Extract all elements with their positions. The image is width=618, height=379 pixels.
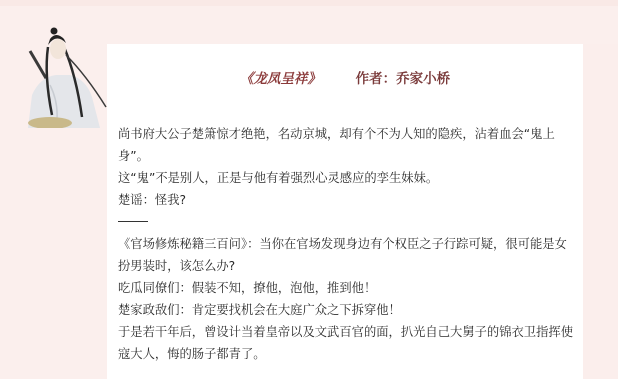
paragraph: 楚谣：怪我? (118, 189, 578, 211)
content-panel: 《龙凤呈祥》 作者：乔家小桥 尚书府大公子楚箫惊才绝艳，名动京城，却有个不为人知… (107, 44, 583, 379)
paragraph: 尚书府大公子楚箫惊才绝艳，名动京城，却有个不为人知的隐疾，沾着血会“鬼上身”。 (118, 123, 578, 167)
divider (118, 221, 148, 222)
avatar (20, 25, 108, 128)
paragraph: 吃瓜同僚们：假装不知，撩他，泡他，推到他！ (118, 277, 578, 299)
paragraph: 《官场修炼秘籍三百问》：当你在官场发现身边有个权臣之子行踪可疑，很可能是女扮男装… (118, 233, 578, 277)
paragraph: 于是若干年后，曾设计当着皇帝以及文武百官的面，扒光自己大舅子的锦衣卫指挥使寇大人… (118, 321, 578, 365)
paragraph: 这“鬼”不是别人，正是与他有着强烈心灵感应的孪生妹妹。 (118, 167, 578, 189)
right-margin (583, 44, 618, 379)
paragraph: 楚家政敌们：肯定要找机会在大庭广众之下拆穿他！ (118, 299, 578, 321)
title-row: 《龙凤呈祥》 作者：乔家小桥 (107, 67, 583, 87)
book-title: 《龙凤呈祥》 (240, 71, 321, 87)
author-label: 作者：乔家小桥 (356, 71, 451, 87)
synopsis: 尚书府大公子楚箫惊才绝艳，名动京城，却有个不为人知的隐疾，沾着血会“鬼上身”。 … (118, 123, 578, 365)
swordsman-portrait-icon (20, 25, 108, 128)
